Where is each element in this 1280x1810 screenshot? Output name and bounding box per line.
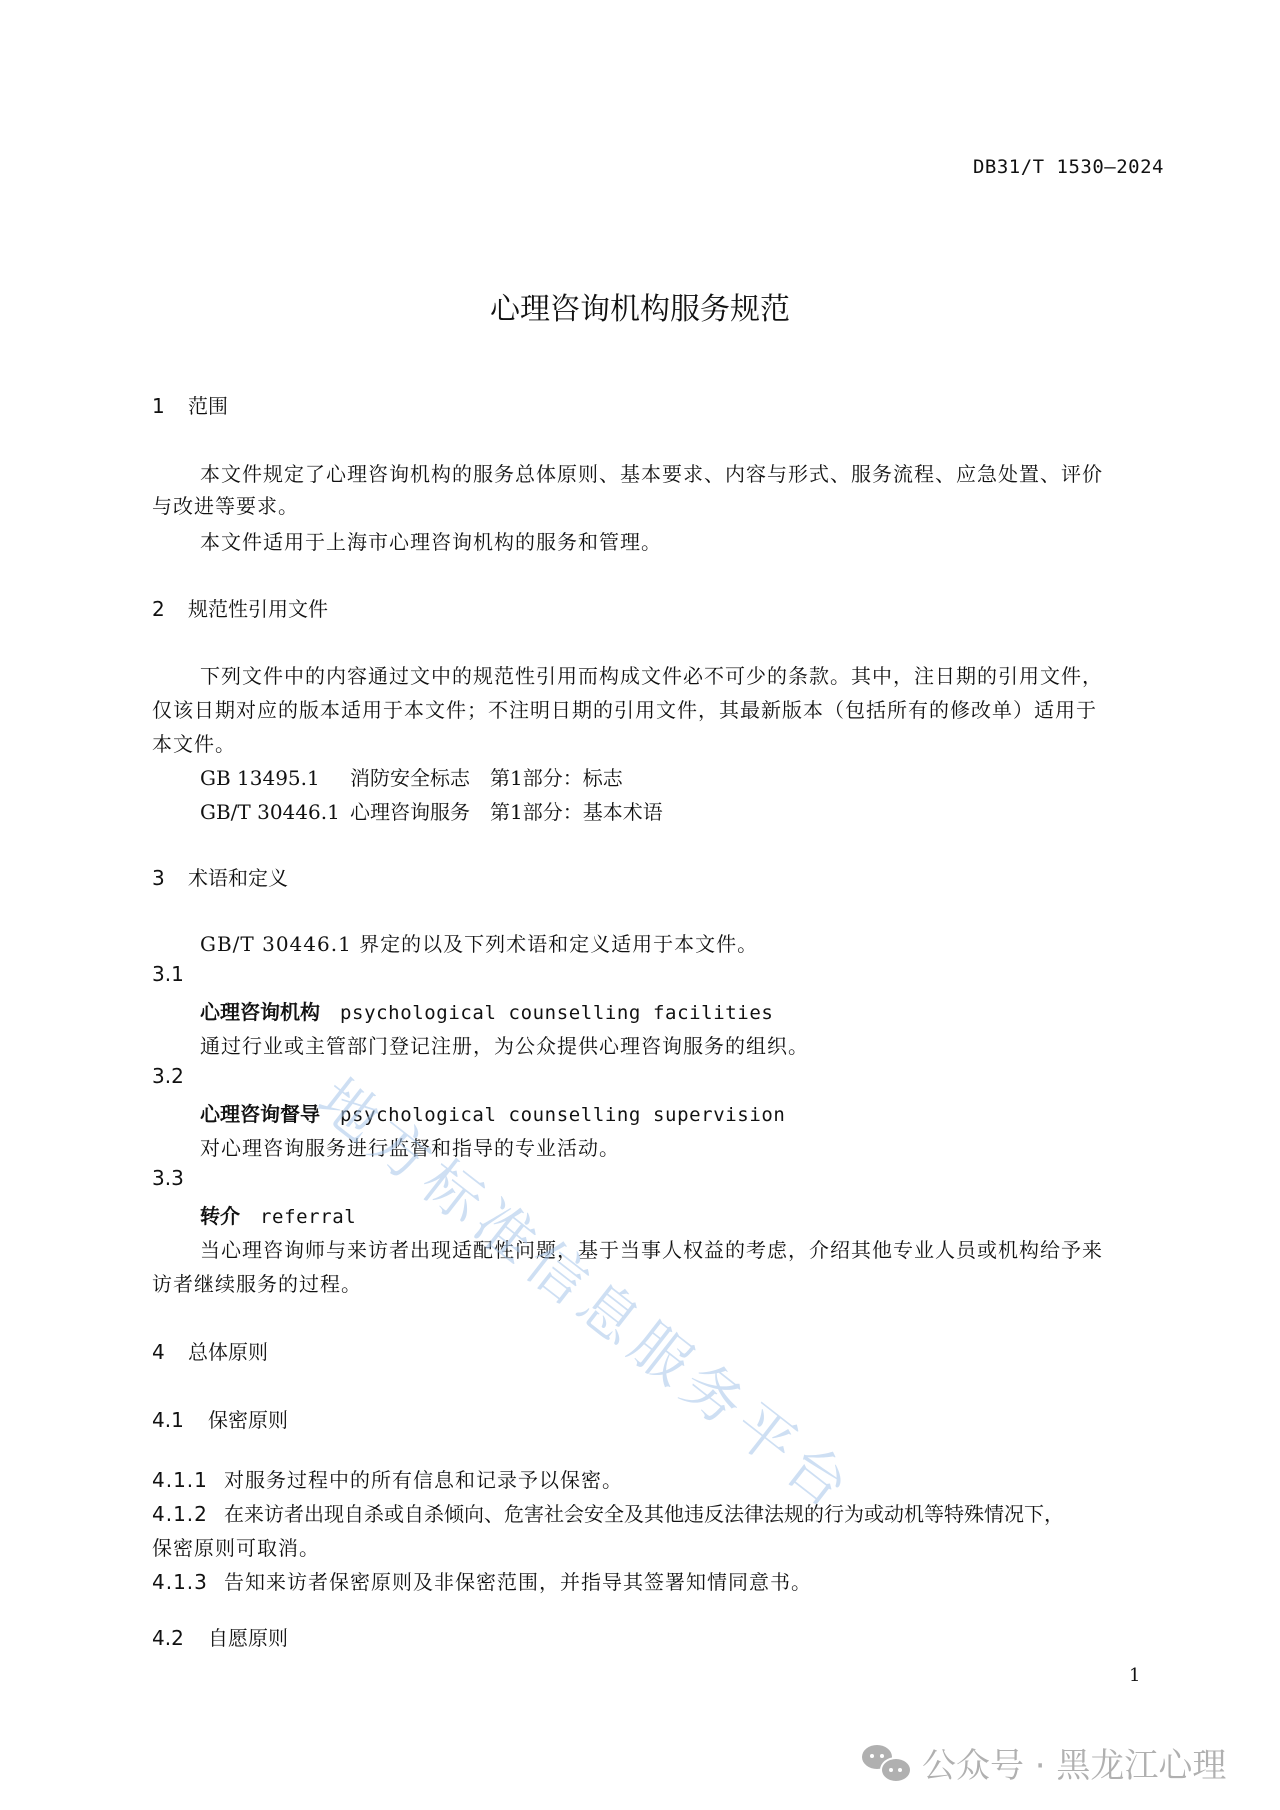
clause-4-1-2: 4.1.2在来访者出现自杀或自杀倾向、危害社会安全及其他违反法律法规的行为或动机… — [152, 1498, 1064, 1527]
subsection-4-2-heading: 4.2自愿原则 — [152, 1622, 288, 1651]
term-number: 3.2 — [152, 1064, 184, 1088]
clause-4-1-3: 4.1.3告知来访者保密原则及非保密范围，并指导其签署知情同意书。 — [152, 1566, 812, 1595]
document-title: 心理咨询机构服务规范 — [0, 284, 1280, 328]
term-definition-line-2: 访者继续服务的过程。 — [152, 1268, 362, 1297]
section-3-intro: GB/T 30446.1 界定的以及下列术语和定义适用于本文件。 — [200, 928, 758, 957]
subsection-4-1-heading: 4.1保密原则 — [152, 1404, 288, 1433]
term-definition: 通过行业或主管部门登记注册，为公众提供心理咨询服务的组织。 — [200, 1030, 809, 1059]
term-definition-line-1: 当心理咨询师与来访者出现适配性问题，基于当事人权益的考虑，介绍其他专业人员或机构… — [200, 1234, 1103, 1263]
section-2-paragraph-line-2: 仅该日期对应的版本适用于本文件；不注明日期的引用文件，其最新版本（包括所有的修改… — [152, 694, 1097, 723]
term-number: 3.1 — [152, 962, 184, 986]
section-2-paragraph-line-3: 本文件。 — [152, 728, 236, 757]
section-1-paragraph-2: 本文件适用于上海市心理咨询机构的服务和管理。 — [200, 526, 662, 555]
clause-4-1-1: 4.1.1对服务过程中的所有信息和记录予以保密。 — [152, 1464, 623, 1493]
clause-4-1-2-line-2: 保密原则可取消。 — [152, 1532, 320, 1561]
document-code: DB31/T 1530—2024 — [973, 156, 1164, 178]
section-3-heading: 3术语和定义 — [152, 862, 288, 891]
normative-reference: GB/T 30446.1心理咨询服务 第1部分：基本术语 — [200, 796, 663, 825]
normative-reference: GB 13495.1消防安全标志 第1部分：标志 — [200, 762, 623, 791]
footer-brand: 公众号 · 黑龙江心理 — [862, 1738, 1226, 1787]
section-1-paragraph-1-line-1: 本文件规定了心理咨询机构的服务总体原则、基本要求、内容与形式、服务流程、应急处置… — [200, 458, 1103, 487]
page-number: 1 — [1129, 1665, 1140, 1686]
term-entry: 心理咨询督导psychological counselling supervis… — [200, 1098, 785, 1127]
section-1-paragraph-1-line-2: 与改进等要求。 — [152, 490, 299, 519]
term-number: 3.3 — [152, 1166, 184, 1190]
footer-brand-text: 公众号 · 黑龙江心理 — [922, 1738, 1226, 1787]
wechat-icon — [862, 1743, 910, 1783]
section-1-heading: 1范围 — [152, 390, 228, 419]
document-page: DB31/T 1530—2024 心理咨询机构服务规范 1范围 本文件规定了心理… — [0, 0, 1280, 1810]
section-4-heading: 4总体原则 — [152, 1336, 268, 1365]
term-entry: 转介referral — [200, 1200, 356, 1229]
section-2-heading: 2规范性引用文件 — [152, 593, 328, 622]
term-definition: 对心理咨询服务进行监督和指导的专业活动。 — [200, 1132, 620, 1161]
term-entry: 心理咨询机构psychological counselling faciliti… — [200, 996, 773, 1025]
section-2-paragraph-line-1: 下列文件中的内容通过文中的规范性引用而构成文件必不可少的条款。其中，注日期的引用… — [200, 660, 1103, 689]
